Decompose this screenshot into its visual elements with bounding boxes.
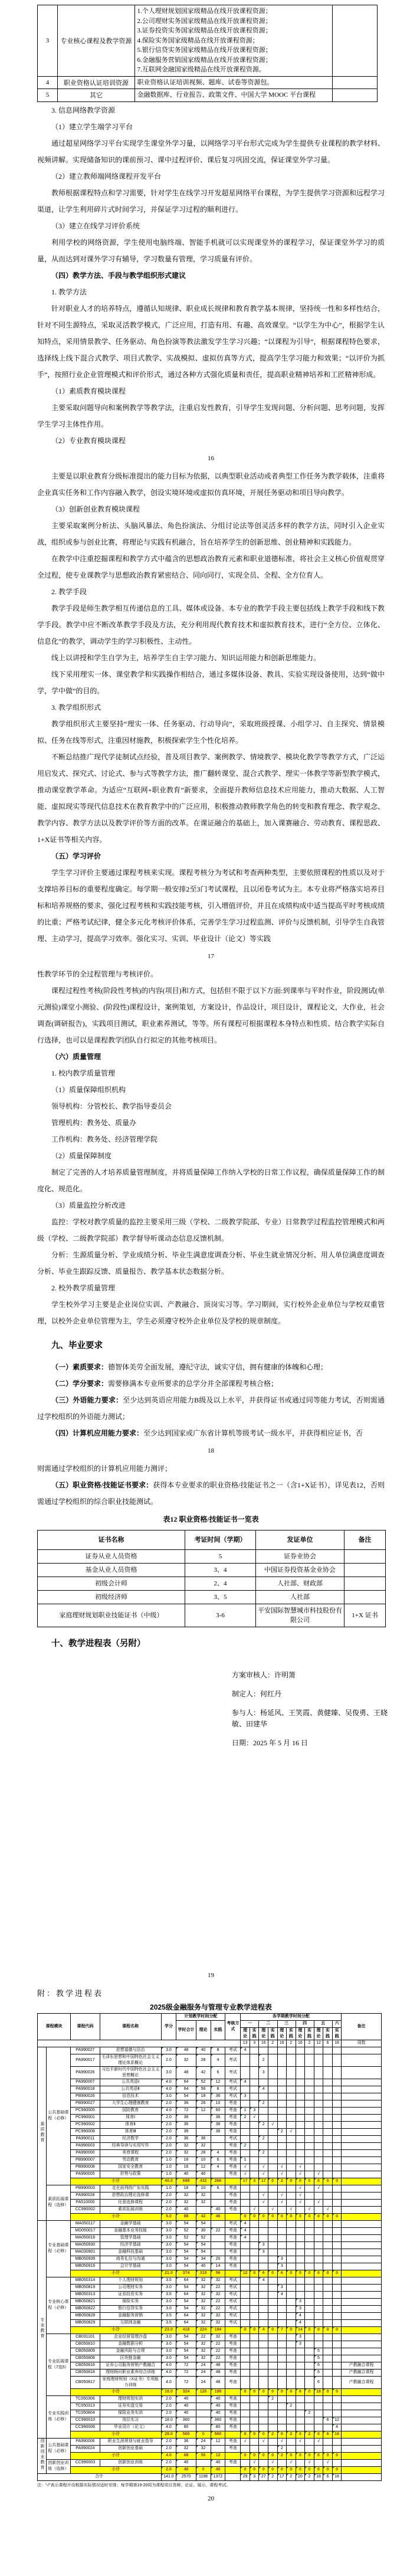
- semester-hours: 1: [241, 2157, 250, 2164]
- subtotal-value: 432: [196, 2178, 211, 2185]
- course-credits: 3.0: [161, 2284, 176, 2291]
- semester-hours: 4: [241, 2227, 250, 2234]
- semester-hours: [241, 2121, 250, 2128]
- semester-hours: [314, 2319, 323, 2326]
- course-theory-hours: 24: [196, 2369, 211, 2376]
- course-credits: 3.0: [161, 2093, 176, 2100]
- course-theory-hours: 40: [196, 2263, 211, 2270]
- semester-hours: [259, 2206, 268, 2213]
- semester-hours: [268, 2362, 277, 2369]
- semester-hours: [305, 2369, 314, 2376]
- module-label: 创新创业教育: [38, 2439, 45, 2470]
- course-row: PB990007劳动教育1.016106考查1: [38, 2157, 382, 2164]
- subtotal-semester: 0: [332, 2326, 342, 2334]
- course-name: 经典导读与实用写作: [100, 2142, 161, 2149]
- semester-hours: [323, 2185, 333, 2192]
- resource-row-number: 3: [38, 5, 58, 77]
- semester-hours: [250, 2093, 259, 2100]
- semester-hours: [241, 2086, 250, 2093]
- course-hours: 40: [176, 2410, 196, 2417]
- course-note: [342, 2241, 382, 2249]
- resource-category: 其它: [58, 89, 134, 102]
- course-practice-hours: 40: [211, 2410, 225, 2417]
- cert-semester: 3、4: [185, 1563, 256, 1577]
- semester-hours: [305, 2305, 314, 2312]
- paragraph-lead: （二）学分要求：: [51, 1379, 108, 1388]
- course-theory-hours: [196, 2395, 211, 2403]
- subtotal-note: [342, 2431, 382, 2438]
- course-code: PA990005: [71, 2171, 100, 2178]
- subtotal-semester: 0: [277, 2466, 287, 2473]
- table-row: 初级会计师2、4人社部、财政部: [38, 1577, 386, 1590]
- semester-hours: [250, 2369, 259, 2376]
- subtotal-semester: 0: [287, 2270, 296, 2277]
- semester-hours: [268, 2047, 277, 2054]
- course-code: MB050828: [71, 2312, 100, 2319]
- semester-hours: [250, 2086, 259, 2093]
- semester-hours: [250, 2220, 259, 2227]
- semester-hours: [287, 2135, 296, 2142]
- semester-hours: √: [268, 2121, 277, 2128]
- course-practice-hours: 80: [211, 2424, 225, 2431]
- table-row: 证券从业人员资格5证券业协会: [38, 1549, 386, 1563]
- subtotal-value: 5.0: [161, 2213, 176, 2220]
- semester-hours: 3: [241, 2093, 250, 2100]
- subtotal-semester: 4: [259, 2326, 268, 2334]
- semester-hours: [277, 2341, 287, 2348]
- semester-hours: [287, 2227, 296, 2234]
- course-code: PA990003: [71, 2142, 100, 2149]
- resource-item: 4.保险实务国家级精品在线开放课程资源；: [137, 36, 330, 46]
- course-practice-hours: [211, 2192, 225, 2199]
- course-name: 毛泽东思想和中国特色社会主义理论体系概论: [100, 2054, 161, 2066]
- course-row: MB050819公司理财实务3.0543222考试3: [38, 2284, 382, 2291]
- subtotal-value: 560: [176, 2431, 196, 2438]
- course-row: 素质拓展课程（选修）PB990003走在前列的广东实践1.016106考查√√: [38, 2185, 382, 2192]
- course-name: 金融数据分析: [100, 2341, 161, 2348]
- semester-hours: [323, 2249, 333, 2256]
- paragraph: （二）学分要求：需要修满本专业所要求的总学分并全部课程考核合格；: [37, 1375, 385, 1392]
- semester-hours: [259, 2459, 268, 2466]
- course-credits: 18.0: [161, 2417, 176, 2424]
- semester-hours: [323, 2438, 333, 2445]
- course-code: PA990006: [71, 2438, 100, 2445]
- course-theory-hours: 30: [196, 2227, 211, 2234]
- resource-note: [332, 89, 377, 102]
- course-hours: 72: [176, 2362, 196, 2369]
- subtotal-semester: 0: [305, 2270, 314, 2277]
- cert-issuer: 中国证券投资基金业协会: [256, 1563, 344, 1577]
- subgroup-cell: 公共基础课程（必修）: [46, 2438, 70, 2459]
- course-credits: 3.0: [161, 2249, 176, 2256]
- semester-hours: √: [305, 2206, 314, 2213]
- semester-hours: [259, 2079, 268, 2086]
- schedule-semester-2: 二: [259, 2020, 277, 2027]
- semester-hours: [332, 2277, 342, 2284]
- course-credits: 3.5: [161, 2312, 176, 2319]
- semester-hours: [250, 2249, 259, 2256]
- course-credits: 3.5: [161, 2277, 176, 2284]
- subtotal-semester: 17: [259, 2178, 268, 2185]
- paragraph: 教学手段是师生教学相互传递信息的工具、媒体或设备。本专业的教学手段主要包括线上教…: [37, 600, 385, 650]
- course-code: CC990010: [71, 2417, 100, 2424]
- course-theory-hours: [196, 2114, 211, 2121]
- total-semester: 16: [332, 2473, 342, 2480]
- semester-hours: 3: [296, 2341, 305, 2348]
- semester-hours: 1: [241, 2107, 250, 2114]
- semester-hours: [277, 2086, 287, 2093]
- course-row: PA990026习近平新时代中国特色社会主义思想概论3.048426考试3: [38, 2066, 382, 2079]
- semester-hours: [250, 2417, 259, 2424]
- course-theory-hours: 32: [196, 2305, 211, 2312]
- semester-hours: √: [287, 2128, 296, 2135]
- course-note: [342, 2121, 382, 2128]
- subtotal-semester: 17: [241, 2178, 250, 2185]
- semester-hours: [241, 2417, 250, 2424]
- course-row: CB050816证券公司服务营销产教融合4.0722448考查6产教融合课程: [38, 2362, 382, 2369]
- semester-hours: [296, 2227, 305, 2234]
- total-row: 合计141.025701198137229327217220218616: [38, 2473, 382, 2480]
- course-credits: 2.0: [161, 2135, 176, 2142]
- semester-hours: [250, 2054, 259, 2066]
- course-credits: 3.0: [161, 2305, 176, 2312]
- course-note: [342, 2234, 382, 2241]
- course-theory-hours: [196, 2128, 211, 2135]
- weeks-lead-cell: [38, 2040, 241, 2047]
- course-name: 思想道德与法治: [100, 2047, 161, 2054]
- semester-hours: [296, 2157, 305, 2164]
- course-theory-hours: [196, 2206, 211, 2213]
- course-note: [342, 2093, 382, 2100]
- paragraph: 主要采取案例分析法、头脑风暴法、角色扮演法、分组讨论法等创灵活多样的教学方法，同…: [37, 517, 385, 550]
- subtotal-exam: [225, 2452, 241, 2459]
- semester-hours: [332, 2298, 342, 2305]
- semester-hours: [305, 2227, 314, 2234]
- course-code: PB990008: [71, 2164, 100, 2171]
- course-code: MB050939: [71, 2256, 100, 2263]
- semester-hours: √: [323, 2206, 333, 2213]
- paragraph: 针对职业人才的培养特点，遵循认知规律、职业成长规律和教育教学基本规律，坚持统一性…: [37, 300, 385, 383]
- semester-hours: [332, 2107, 342, 2114]
- sub-heading: （六）质量管理: [37, 1048, 385, 1065]
- course-name: 会计学基础: [100, 2263, 161, 2270]
- subtotal-exam: [225, 2213, 241, 2220]
- subtotal-semester: 0: [277, 2431, 287, 2438]
- semester-hours: [277, 2135, 287, 2142]
- course-name: 走在前列的广东实践: [100, 2185, 161, 2192]
- course-hours: 54: [176, 2348, 196, 2355]
- course-row: MB050822银行信贷实务3.0543222考试3: [38, 2305, 382, 2312]
- course-credits: 1.0: [161, 2185, 176, 2192]
- semester-hours: [287, 2100, 296, 2107]
- course-exam-type: 考查: [225, 2263, 241, 2270]
- course-note: [342, 2424, 382, 2431]
- semester-hours: [277, 2362, 287, 2369]
- semester-hours: √: [259, 2438, 268, 2445]
- semester-hours: [277, 2305, 287, 2312]
- course-exam-type: 考试: [225, 2220, 241, 2227]
- semester-hours: [332, 2263, 342, 2270]
- subtotal-value: 374: [176, 2270, 196, 2277]
- semester-hours: [314, 2334, 323, 2341]
- table-row: 3专业核心课程及教学资源1.个人理财规划国家级精品在线开放课程资源；2.公司理财…: [38, 5, 378, 77]
- semester-hours: [287, 2291, 296, 2298]
- course-credits: 2.0: [161, 2142, 176, 2149]
- subtotal-semester: 0: [241, 2213, 250, 2220]
- semester-hours: [314, 2284, 323, 2291]
- subtotal-value: 40: [176, 2466, 196, 2473]
- semester-hours: [296, 2362, 305, 2369]
- semester-hours: [296, 2395, 305, 2403]
- course-row: PA990017毛泽东思想和中国特色社会主义理论体系概论2.032284考试2: [38, 2054, 382, 2066]
- subtotal-semester: 0: [277, 2213, 287, 2220]
- semester-hours: [277, 2376, 287, 2388]
- semester-hours: [332, 2054, 342, 2066]
- subtotal-semester: 0: [277, 2388, 287, 2395]
- cert-note: [344, 1590, 386, 1604]
- semester-hours: [305, 2403, 314, 2410]
- semester-hours: [305, 2249, 314, 2256]
- semester-hours: [296, 2348, 305, 2355]
- course-hours: 36: [176, 2135, 196, 2142]
- semester-hours: [323, 2192, 333, 2199]
- total-value: 141.0: [161, 2473, 176, 2480]
- paragraph: 监控：学校对教学质量的监控主要采用三级（学校、二级教学院部、专业）日常教学过程监…: [37, 1214, 385, 1247]
- sub-heading: （五）学习评价: [37, 848, 385, 864]
- subtotal-semester: 7: [277, 2326, 287, 2334]
- paragraph: 主要采取问题导向和案例教学等教学法，注重启发性教育，引导学生发现问题、分析问题、…: [37, 399, 385, 432]
- semester-hours: [259, 2445, 268, 2452]
- course-note: [342, 2054, 382, 2066]
- course-row: PA990003经典导读与实用写作2.03232考查2: [38, 2142, 382, 2149]
- course-credits: 2.0: [161, 2206, 176, 2213]
- subtotal-semester: 0: [323, 2388, 333, 2395]
- semester-hours: [323, 2403, 333, 2410]
- semester-hours: 2: [268, 2395, 277, 2403]
- course-name: 理财规划实训: [100, 2395, 161, 2403]
- course-code: CB050817: [71, 2376, 100, 2388]
- weeks-value: 16: [332, 2040, 342, 2047]
- semester-hours: [332, 2348, 342, 2355]
- course-exam-type: 考查: [225, 2362, 241, 2369]
- semester-hours: 2: [241, 2114, 250, 2121]
- semester-hours: [241, 2334, 250, 2341]
- paragraph: （3）创新创业教育模块课程: [37, 501, 385, 517]
- subtotal-semester: 0: [314, 2431, 323, 2438]
- semester-hours: [314, 2142, 323, 2149]
- course-theory-hours: 34: [196, 2256, 211, 2263]
- course-row: PB990027大学生心理健康教育2.0362610考查2: [38, 2100, 382, 2107]
- course-name: 金融学基础: [100, 2220, 161, 2227]
- semester-hours: [287, 2086, 296, 2093]
- subtotal-label: 小计: [71, 2270, 162, 2277]
- semester-hours: [332, 2305, 342, 2312]
- course-name: 公司理财实务: [100, 2284, 161, 2291]
- course-name: 体育Ⅱ: [100, 2121, 161, 2128]
- semester-hours: [323, 2284, 333, 2291]
- semester-hours: √: [296, 2192, 305, 2199]
- semester-hours: [277, 2114, 287, 2121]
- course-practice-hours: 32: [211, 2312, 225, 2319]
- semester-hours: [241, 2362, 250, 2369]
- semester-hours: [305, 2291, 314, 2298]
- course-note: [342, 2199, 382, 2206]
- course-credits: 4.0: [161, 2086, 176, 2093]
- course-theory-hours: 40: [196, 2047, 211, 2054]
- course-hours: 36: [176, 2121, 196, 2128]
- course-credits: 3.0: [161, 2220, 176, 2227]
- semester-hours: [323, 2227, 333, 2234]
- semester-hours: [287, 2298, 296, 2305]
- resource-category: 职业资格认证培训资源: [58, 76, 134, 89]
- course-row: TC050804保险业务实训2.04040考查2: [38, 2410, 382, 2417]
- semester-hours: [268, 2114, 277, 2121]
- course-theory-hours: 32: [196, 2348, 211, 2355]
- course-practice-hours: 8: [211, 2047, 225, 2054]
- semester-hours: [241, 2355, 250, 2362]
- subtotal-semester: 0: [250, 2466, 259, 2473]
- paragraph: 教师根据课程特点和学习需要，针对学生在线学习开发超星网络平台课程，为学生提供学习…: [37, 185, 385, 218]
- subtotal-semester: 0: [259, 2466, 268, 2473]
- paragraph: 制定了完善的人才培养质量管理制度，并将质量保障工作纳入学校的日常工作议程，确保质…: [37, 1164, 385, 1197]
- semester-hours: [296, 2249, 305, 2256]
- semester-hours: [323, 2256, 333, 2263]
- resource-row-number: 4: [38, 76, 58, 89]
- semester-hours: [250, 2171, 259, 2178]
- semester-hours: [241, 2199, 250, 2206]
- semester-hours: [296, 2410, 305, 2417]
- course-row: CB050809金融风险与合规3.0543222考查5: [38, 2348, 382, 2355]
- semester-hours: [259, 2220, 268, 2227]
- course-theory-hours: 18: [196, 2093, 211, 2100]
- signature-line: 参与人：杨延风、王笑霞、黄健臻、吴俊勇、王晓敏、田建华: [232, 1707, 397, 1730]
- course-theory-hours: 54: [196, 2249, 211, 2256]
- course-name: 金融基本业务技能: [100, 2227, 161, 2234]
- course-hours: 54: [176, 2241, 196, 2249]
- semester-hours: [268, 2417, 277, 2424]
- schedule-subheader-practice: 实践: [323, 2027, 333, 2040]
- paragraph-lead: （三）外语能力要求：: [51, 1396, 123, 1404]
- course-name: 公共英语Ⅱ: [100, 2086, 161, 2093]
- page-number: 18: [37, 1444, 385, 1457]
- course-note: [342, 2128, 382, 2135]
- table-row: 5其它金融数据库、行业报告、政策文件、中国大学 MOOC 平台课程: [38, 89, 378, 102]
- semester-hours: 6: [314, 2362, 323, 2369]
- schedule-weeks-row: 13316216216212616周数: [38, 2040, 382, 2047]
- course-row: MB050829互联网金融3.5643232考试4: [38, 2319, 382, 2326]
- course-credits: 3.0: [161, 2348, 176, 2355]
- course-code: TC050804: [71, 2410, 100, 2417]
- semester-hours: [268, 2135, 277, 2142]
- paragraph: （三）外语能力要求：至少达到英语应用能力B级及以上水平，并获得证书或通过同等能力…: [37, 1392, 385, 1425]
- semester-hours: [323, 2334, 333, 2341]
- semester-hours: [332, 2256, 342, 2263]
- semester-hours: [241, 2256, 250, 2263]
- semester-hours: [314, 2079, 323, 2086]
- paragraph: （1）质量保障组织机构: [37, 1081, 385, 1098]
- semester-hours: [305, 2066, 314, 2079]
- semester-hours: [268, 2171, 277, 2178]
- course-credits: 2.0: [161, 2395, 176, 2403]
- course-practice-hours: 48: [211, 2362, 225, 2369]
- subtotal-value: 198: [211, 2388, 225, 2395]
- semester-hours: [241, 2192, 250, 2199]
- total-semester: 18: [314, 2473, 323, 2480]
- total-value: 2570: [176, 2473, 196, 2480]
- semester-hours: √: [277, 2171, 287, 2178]
- semester-hours: [277, 2298, 287, 2305]
- semester-hours: [287, 2395, 296, 2403]
- table-header-row: 证书名称考证时间（学期）发证单位备注: [38, 1530, 386, 1549]
- course-hours: 54: [176, 2298, 196, 2305]
- subgroup-cell: 专业实践训练（必修）: [46, 2395, 70, 2438]
- subtotal-value: 68: [176, 2452, 196, 2459]
- semester-hours: [259, 2319, 268, 2326]
- course-note: [342, 2438, 382, 2445]
- semester-hours: [314, 2149, 323, 2157]
- subtotal-semester: 0: [296, 2178, 305, 2185]
- semester-hours: [250, 2348, 259, 2355]
- subtotal-note: [342, 2452, 382, 2459]
- course-hours: 80: [176, 2424, 196, 2431]
- semester-hours: [250, 2277, 259, 2284]
- semester-hours: [287, 2355, 296, 2362]
- semester-hours: [287, 2319, 296, 2326]
- subtotal-semester: 0: [287, 2388, 296, 2395]
- semester-hours: [268, 2319, 277, 2326]
- semester-hours: [277, 2107, 287, 2114]
- semester-hours: [314, 2227, 323, 2234]
- semester-hours: 12: [332, 2417, 342, 2424]
- semester-hours: [332, 2355, 342, 2362]
- semester-hours: [287, 2410, 296, 2417]
- course-exam-type: 考查: [225, 2128, 241, 2135]
- course-name: 创新创业基础: [100, 2445, 161, 2452]
- course-practice-hours: 22: [211, 2305, 225, 2312]
- semester-hours: [314, 2291, 323, 2298]
- semester-hours: [332, 2227, 342, 2234]
- semester-hours: √: [287, 2206, 296, 2213]
- semester-hours: [296, 2086, 305, 2093]
- semester-hours: [241, 2445, 250, 2452]
- course-note: [342, 2164, 382, 2171]
- semester-hours: [277, 2227, 287, 2234]
- subtotal-value: 560: [211, 2431, 225, 2438]
- course-code: CB050808: [71, 2355, 100, 2362]
- semester-hours: [296, 2417, 305, 2424]
- semester-hours: [332, 2121, 342, 2128]
- semester-hours: [323, 2263, 333, 2270]
- course-hours: 16: [176, 2157, 196, 2164]
- course-credits: 1.0: [161, 2171, 176, 2178]
- semester-hours: [332, 2341, 342, 2348]
- semester-hours: [250, 2305, 259, 2312]
- subtotal-semester: 2: [277, 2178, 287, 2185]
- subtotal-exam: [225, 2270, 241, 2277]
- semester-hours: [296, 2128, 305, 2135]
- course-code: MB050829: [71, 2319, 100, 2326]
- cert-column-header: 发证单位: [256, 1530, 344, 1549]
- semester-hours: [241, 2277, 250, 2284]
- subtotal-semester: 0: [259, 2452, 268, 2459]
- semester-hours: [332, 2128, 342, 2135]
- semester-hours: [268, 2079, 277, 2086]
- course-practice-hours: 22: [211, 2348, 225, 2355]
- semester-hours: [323, 2234, 333, 2241]
- page-number: 16: [37, 452, 385, 465]
- course-hours: 64: [176, 2319, 196, 2326]
- paragraph: 则需通过学校组织的计算机应用能力测评；: [37, 1460, 385, 1477]
